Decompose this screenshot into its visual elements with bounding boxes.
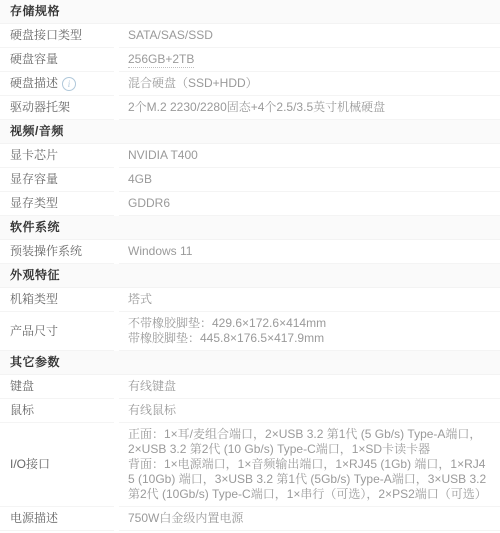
spec-value: 混合硬盘（SSD+HDD）: [119, 72, 500, 96]
spec-label: 显存容量: [0, 168, 114, 192]
io-front-ports: 正面：1×耳/麦组合端口，2×USB 3.2 第1代 (5 Gb/s) Type…: [128, 427, 488, 457]
hdd-capacity-term[interactable]: 256GB+2TB: [128, 52, 194, 68]
row-io-ports: I/O接口 正面：1×耳/麦组合端口，2×USB 3.2 第1代 (5 Gb/s…: [0, 423, 500, 507]
row-vram-type: 显存类型 GDDR6: [0, 192, 500, 216]
spec-label: 键盘: [0, 375, 114, 399]
section-header-other-params: 其它参数: [0, 351, 500, 375]
spec-value: 正面：1×耳/麦组合端口，2×USB 3.2 第1代 (5 Gb/s) Type…: [119, 423, 500, 507]
dimension-with-feet: 带橡胶脚垫：445.8×176.5×417.9mm: [128, 331, 488, 346]
spec-label-text: 硬盘描述: [10, 76, 58, 91]
row-keyboard: 键盘 有线键盘: [0, 375, 500, 399]
section-header-video-audio: 视频/音频: [0, 120, 500, 144]
spec-value: GDDR6: [119, 192, 500, 216]
spec-label: 产品尺寸: [0, 312, 114, 351]
row-mouse: 鼠标 有线鼠标: [0, 399, 500, 423]
spec-label: 显存类型: [0, 192, 114, 216]
row-preinstalled-os: 预装操作系统 Windows 11: [0, 240, 500, 264]
spec-label: 预装操作系统: [0, 240, 114, 264]
section-header-appearance-features: 外观特征: [0, 264, 500, 288]
product-spec-table: 存储规格 硬盘接口类型 SATA/SAS/SSD 硬盘容量 256GB+2TB …: [0, 0, 500, 531]
spec-value: SATA/SAS/SSD: [119, 24, 500, 48]
spec-value: 750W白金级内置电源: [119, 507, 500, 531]
row-psu-description: 电源描述 750W白金级内置电源: [0, 507, 500, 531]
section-header-storage-specs: 存储规格: [0, 0, 500, 24]
row-hdd-capacity: 硬盘容量 256GB+2TB: [0, 48, 500, 72]
row-product-dimensions: 产品尺寸 不带橡胶脚垫：429.6×172.6×414mm 带橡胶脚垫：445.…: [0, 312, 500, 351]
spec-value: 塔式: [119, 288, 500, 312]
spec-value: NVIDIA T400: [119, 144, 500, 168]
row-case-type: 机箱类型 塔式: [0, 288, 500, 312]
spec-value: 不带橡胶脚垫：429.6×172.6×414mm 带橡胶脚垫：445.8×176…: [119, 312, 500, 351]
info-icon[interactable]: i: [62, 77, 76, 91]
spec-label: 硬盘接口类型: [0, 24, 114, 48]
row-gpu-chip: 显卡芯片 NVIDIA T400: [0, 144, 500, 168]
spec-label: 电源描述: [0, 507, 114, 531]
spec-value: 有线鼠标: [119, 399, 500, 423]
spec-value: 256GB+2TB: [119, 48, 500, 72]
io-rear-ports: 背面：1×电源端口，1×音频输出端口，1×RJ45 (1Gb) 端口，1×RJ4…: [128, 457, 488, 502]
row-vram-capacity: 显存容量 4GB: [0, 168, 500, 192]
row-hdd-description: 硬盘描述i 混合硬盘（SSD+HDD）: [0, 72, 500, 96]
row-hdd-interface: 硬盘接口类型 SATA/SAS/SSD: [0, 24, 500, 48]
spec-label: 驱动器托架: [0, 96, 114, 120]
row-drive-bays: 驱动器托架 2个M.2 2230/2280固态+4个2.5/3.5英寸机械硬盘: [0, 96, 500, 120]
spec-label: 鼠标: [0, 399, 114, 423]
spec-value: Windows 11: [119, 240, 500, 264]
spec-label: 硬盘描述i: [0, 72, 114, 96]
spec-value: 有线键盘: [119, 375, 500, 399]
spec-label: 机箱类型: [0, 288, 114, 312]
section-header-software-system: 软件系统: [0, 216, 500, 240]
spec-value: 2个M.2 2230/2280固态+4个2.5/3.5英寸机械硬盘: [119, 96, 500, 120]
spec-label: I/O接口: [0, 423, 114, 507]
spec-label: 显卡芯片: [0, 144, 114, 168]
spec-label: 硬盘容量: [0, 48, 114, 72]
spec-value: 4GB: [119, 168, 500, 192]
dimension-without-feet: 不带橡胶脚垫：429.6×172.6×414mm: [128, 316, 488, 331]
